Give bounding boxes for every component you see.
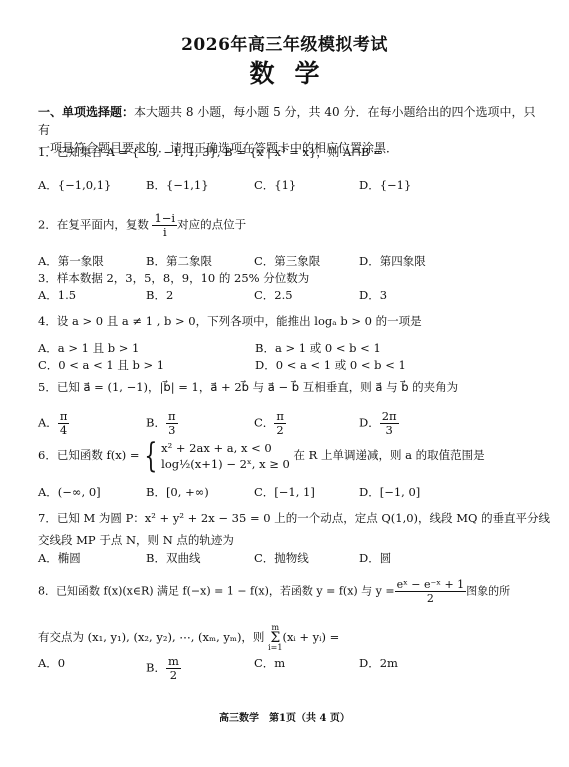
question-stem-end: 图象的所 (466, 585, 510, 598)
numerator: m (166, 655, 181, 669)
question-1: 1．已知集合 A = {−3, −1, 1, 3}, B = {x | x³ =… (38, 144, 548, 160)
option-d[interactable]: D．第四象限 (359, 253, 426, 269)
option-c[interactable]: C．[−1, 1] (254, 484, 315, 500)
question-7-line2: 交线段 MP 于点 N，则 N 点的轨迹为 (38, 532, 548, 548)
option-a[interactable]: A．a > 1 且 b > 1 (38, 340, 139, 356)
option-c[interactable]: C．0 < a < 1 且 b > 1 (38, 357, 164, 373)
exam-page: 2026年高三年级模拟考试 数学 一、单项选择题：本大题共 8 小题，每小题 5… (0, 0, 569, 767)
question-number: 8． (38, 585, 56, 598)
question-stem: 在复平面内，复数 (57, 218, 149, 232)
option-a[interactable]: A．1.5 (38, 287, 76, 303)
option-c[interactable]: C．第三象限 (254, 253, 320, 269)
page-footer: 高三数学 第1页（共 4 页） (0, 709, 569, 724)
question-5: 5．已知 a⃗ = (1, −1)，|b⃗| = 1，a⃗ + 2b⃗ 与 a⃗… (38, 379, 548, 395)
question-5-options: A．π4 B．π3 C．π2 D．2π3 (38, 410, 548, 426)
option-b[interactable]: B．双曲线 (146, 550, 200, 566)
complex-fraction: 1−ii (152, 212, 177, 239)
question-7: 7．已知 M 为圆 P：x² + y² + 2x − 35 = 0 上的一个动点… (38, 510, 548, 526)
piecewise-brace: { (144, 441, 157, 471)
option-b[interactable]: B．m2 (146, 655, 181, 682)
option-b[interactable]: B．{−1,1} (146, 177, 209, 193)
option-fraction: π4 (58, 410, 70, 437)
subject-title: 数学 (0, 54, 569, 90)
exam-title: 2026年高三年级模拟考试 (0, 30, 569, 55)
question-2: 2．在复平面内，复数 1−ii对应的点位于 (38, 212, 548, 239)
question-8-options: A．0 B．m2 C．m D．2m (38, 655, 548, 671)
question-number: 1． (38, 145, 57, 159)
option-c[interactable]: C．2.5 (254, 287, 293, 303)
question-3: 3．样本数据 2，3，5，8，9，10 的 25% 分位数为 (38, 270, 548, 286)
question-number: 5． (38, 380, 57, 394)
option-d[interactable]: D．3 (359, 287, 387, 303)
numerator: π (58, 410, 70, 424)
option-d[interactable]: D．2π3 (359, 410, 399, 437)
question-stem: 已知函数 f(x) = (57, 448, 140, 462)
denominator: i (152, 226, 177, 239)
question-4: 4．设 a > 0 且 a ≠ 1 , b > 0，下列各项中，能推出 logₐ… (38, 313, 548, 329)
option-letter: D． (359, 416, 380, 430)
denominator: 2 (166, 669, 181, 682)
piece-1: x² + 2ax + a, x < 0 (161, 441, 272, 455)
option-c[interactable]: C．{1} (254, 177, 296, 193)
question-number: 7． (38, 511, 57, 525)
option-d[interactable]: D．0 < a < 1 或 0 < b < 1 (255, 357, 406, 373)
question-3-options: A．1.5 B．2 C．2.5 D．3 (38, 287, 548, 303)
question-stem: 已知集合 A = {−3, −1, 1, 3}, B = {x | x³ = x… (57, 145, 383, 159)
question-stem-line1: 已知 M 为圆 P：x² + y² + 2x − 35 = 0 上的一个动点，定… (57, 511, 550, 525)
denominator: 3 (166, 424, 178, 437)
option-b[interactable]: B．a > 1 或 0 < b < 1 (255, 340, 381, 356)
question-2-options: A．第一象限 B．第二象限 C．第三象限 D．第四象限 (38, 253, 548, 269)
section-heading: 一、单项选择题： (38, 105, 134, 119)
question-stem-line2: 有交点为 (x₁, y₁), (x₂, y₂), ⋯, (xₘ, yₘ)，则 (38, 630, 264, 644)
option-a[interactable]: A．椭圆 (38, 550, 81, 566)
question-stem-end: 对应的点位于 (177, 218, 246, 232)
question-6: 6．已知函数 f(x) ={x² + 2ax + a, x < 0log½(x+… (38, 440, 548, 472)
numerator: 1−i (152, 212, 177, 226)
numerator: eˣ − e⁻ˣ + 1 (395, 578, 467, 592)
numerator: π (274, 410, 286, 424)
option-letter: B． (146, 416, 166, 430)
question-stem-line2-end: (xᵢ + yᵢ) = (282, 630, 339, 644)
option-c[interactable]: C．抛物线 (254, 550, 309, 566)
question-4-options-row2: C．0 < a < 1 且 b > 1 D．0 < a < 1 或 0 < b … (38, 357, 548, 373)
question-6-options: A．(−∞, 0] B．[0, +∞) C．[−1, 1] D．[−1, 0] (38, 484, 548, 500)
option-fraction: m2 (166, 655, 181, 682)
question-stem: 已知函数 f(x)(x∈R) 满足 f(−x) = 1 − f(x)，若函数 y… (56, 585, 395, 598)
denominator: 2 (395, 592, 467, 605)
question-stem-end: 在 R 上单调递减，则 a 的取值范围是 (294, 448, 485, 462)
question-stem: 已知 a⃗ = (1, −1)，|b⃗| = 1，a⃗ + 2b⃗ 与 a⃗ −… (57, 380, 458, 394)
option-d[interactable]: D．[−1, 0] (359, 484, 420, 500)
sum-lower: i=1 (268, 644, 282, 652)
option-letter: A． (38, 416, 58, 430)
exp-fraction: eˣ − e⁻ˣ + 12 (395, 578, 467, 605)
option-fraction: π2 (274, 410, 286, 437)
option-a[interactable]: A．π4 (38, 410, 69, 437)
piece-2: log½(x+1) − 2ˣ, x ≥ 0 (161, 457, 290, 471)
question-number: 2． (38, 218, 57, 232)
denominator: 3 (380, 424, 399, 437)
option-c[interactable]: C．π2 (254, 410, 286, 437)
numerator: 2π (380, 410, 399, 424)
question-number: 4． (38, 314, 57, 328)
question-number: 3． (38, 271, 57, 285)
option-a[interactable]: A．{−1,0,1} (38, 177, 111, 193)
option-fraction: π3 (166, 410, 178, 437)
question-1-options: A．{−1,0,1} B．{−1,1} C．{1} D．{−1} (38, 177, 548, 193)
question-8: 8．已知函数 f(x)(x∈R) 满足 f(−x) = 1 − f(x)，若函数… (38, 578, 548, 605)
denominator: 4 (58, 424, 70, 437)
question-8-line2: 有交点为 (x₁, y₁), (x₂, y₂), ⋯, (xₘ, yₘ)，则 m… (38, 624, 548, 652)
option-b[interactable]: B．π3 (146, 410, 178, 437)
option-fraction: 2π3 (380, 410, 399, 437)
question-number: 6． (38, 448, 57, 462)
piecewise-definition: x² + 2ax + a, x < 0log½(x+1) − 2ˣ, x ≥ 0 (161, 440, 290, 472)
option-d[interactable]: D．{−1} (359, 177, 411, 193)
question-stem-line2: 交线段 MP 于点 N，则 N 点的轨迹为 (38, 533, 234, 547)
question-stem: 设 a > 0 且 a ≠ 1 , b > 0，下列各项中，能推出 logₐ b… (57, 314, 422, 328)
option-a[interactable]: A．(−∞, 0] (38, 484, 101, 500)
question-stem: 样本数据 2，3，5，8，9，10 的 25% 分位数为 (57, 271, 309, 285)
option-letter: B． (146, 661, 166, 675)
option-a[interactable]: A．0 (38, 655, 65, 671)
question-4-options-row1: A．a > 1 且 b > 1 B．a > 1 或 0 < b < 1 (38, 340, 548, 356)
option-a[interactable]: A．第一象限 (38, 253, 104, 269)
option-b[interactable]: B．第二象限 (146, 253, 212, 269)
denominator: 2 (274, 424, 286, 437)
option-d[interactable]: D．圆 (359, 550, 391, 566)
option-d[interactable]: D．2m (359, 655, 398, 671)
option-c[interactable]: C．m (254, 655, 285, 671)
option-b[interactable]: B．2 (146, 287, 173, 303)
question-7-options: A．椭圆 B．双曲线 C．抛物线 D．圆 (38, 550, 548, 566)
summation: mΣi=1 (268, 624, 282, 652)
option-letter: C． (254, 416, 274, 430)
option-b[interactable]: B．[0, +∞) (146, 484, 209, 500)
numerator: π (166, 410, 178, 424)
